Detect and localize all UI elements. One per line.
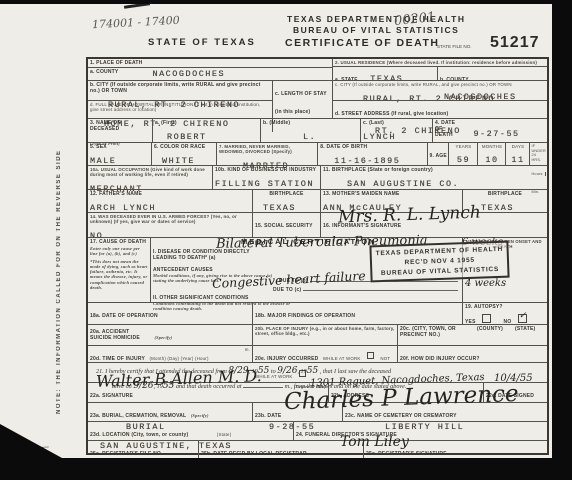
mother-birthplace-label: BIRTHPLACE: [465, 191, 545, 197]
autopsy-yes-checkbox: [482, 314, 491, 323]
certificate-title: CERTIFICATE OF DEATH: [285, 37, 439, 49]
first-name-cell: a. (First) ROBERT: [152, 119, 260, 142]
autopsy-no-checkmark: ✓: [519, 311, 527, 321]
sex-value: MALE: [90, 156, 116, 166]
accident-specify-hint: (Specify): [154, 335, 172, 340]
birthplace-label: 11. BIRTHPLACE (State or foreign country…: [323, 167, 545, 173]
date-of-death-label: 4. DATE OF DEATH: [435, 120, 459, 138]
accident-cell: 20a. ACCIDENT SUICIDE HOMICIDE (Specify): [88, 325, 252, 345]
residence-city-label: c. CITY (If outside corporate limits, wr…: [335, 82, 545, 87]
injury-occurred-label: 20e. INJURY OCCURRED: [255, 356, 318, 362]
how-injury-label: 20f. HOW DID INJURY OCCUR?: [400, 356, 480, 362]
pencil-file-number: 174001 - 17400: [92, 14, 180, 32]
industry-cell: 10b. KIND OF BUSINESS OR INDUSTRY FILLIN…: [212, 166, 320, 189]
received-stamp: TEXAS DEPARTMENT OF HEALTH REC'D NOV 4 1…: [369, 241, 510, 283]
accident-label: 20a. ACCIDENT SUICIDE HOMICIDE: [90, 329, 150, 341]
usual-residence-section: 2. USUAL RESIDENCE (Where deceased lived…: [332, 59, 547, 118]
state-file-number: 51217: [490, 34, 540, 52]
county-value: NACOGDOCHES: [152, 69, 225, 79]
registrar-file-label: 25a. REGISTRAR'S FILE NO.: [90, 451, 163, 457]
middle-name-label: b. (Middle): [263, 120, 358, 126]
burial-cell: 23a. BURIAL, CREMATION, REMOVAL (Specify…: [88, 403, 252, 421]
row-place-residence: 1. PLACE OF DEATH a. COUNTY NACOGDOCHES …: [88, 59, 547, 118]
while-at-work-checkbox: [367, 352, 374, 359]
autopsy-label: 19. AUTOPSY?: [465, 304, 545, 310]
cause-sidebar: 17. CAUSE OF DEATH Enter only one cause …: [88, 238, 150, 302]
injury-location-cell: 20c. (CITY, TOWN, OR PRECINCT NO.) (COUN…: [397, 325, 547, 345]
burial-location-cell: 23d. LOCATION (City, town, or county) (S…: [88, 422, 293, 440]
middle-name-cell: b. (Middle) L.: [260, 119, 360, 142]
injury-city-label: 20c. (CITY, TOWN, OR PRECINCT NO.): [400, 326, 477, 344]
row-location-director: 23d. LOCATION (City, town, or county) (S…: [88, 421, 547, 440]
cause-other-interval: 4 weeks: [465, 278, 506, 289]
mother-birthplace-value: TEXAS: [481, 203, 514, 213]
burial-location-state-hint: (State): [217, 432, 232, 437]
registrar-signature-value: Tom Liley: [340, 434, 409, 450]
industry-label: 10b. KIND OF BUSINESS OR INDUSTRY: [215, 167, 318, 173]
birthplace-cell: 11. BIRTHPLACE (State or foreign country…: [320, 166, 547, 189]
time-of-injury-m: m.: [245, 347, 250, 352]
sex-label: 5. SEX: [90, 144, 149, 150]
age-years-label: YEARS: [450, 144, 476, 149]
date-of-death-cell: 4. DATE OF DEATH 9-27-55: [432, 119, 547, 142]
birthplace-value: SAN AUGUSTINE CO.: [347, 179, 459, 189]
age-label: 9. AGE: [429, 153, 446, 159]
birth-date-label: 8. DATE OF BIRTH: [320, 144, 425, 150]
age-months-value: 10: [485, 155, 498, 165]
place-of-injury-cell: 20b. PLACE OF INJURY (e.g., in or about …: [252, 325, 397, 345]
burial-label: 23a. BURIAL, CREMATION, REMOVAL: [90, 413, 186, 419]
residence-city-row: c. CITY (If outside corporate limits, wr…: [333, 80, 547, 100]
state-file-no-label: STATE FILE NO.: [437, 44, 472, 49]
father-birthplace-cell: BIRTHPLACE TEXAS: [252, 190, 320, 212]
place-of-death-label: 1. PLACE OF DEATH: [88, 59, 332, 67]
middle-name-value: L.: [303, 132, 316, 142]
reverse-side-note: NOTE: THE INFORMATION CALLED FOR ON THE …: [56, 64, 62, 414]
marital-label: 7. MARRIED, NEVER MARRIED, WIDOWED, DIVO…: [219, 144, 315, 155]
first-name-label: a. (First): [155, 120, 258, 126]
dept-of-health: TEXAS DEPARTMENT OF HEALTH: [287, 14, 465, 24]
occupation-cell: 10a. USUAL OCCUPATION (Give kind of work…: [88, 166, 212, 189]
county-label: a. COUNTY: [90, 69, 118, 79]
place-of-injury-label: 20b. PLACE OF INJURY (e.g., in or about …: [255, 326, 395, 337]
certify-to-date: 9/26: [277, 366, 297, 376]
operation-findings-label: 18b. MAJOR FINDINGS OF OPERATION: [255, 313, 355, 319]
other-conditions-label: II. OTHER SIGNIFICANT CONDITIONS: [153, 295, 460, 301]
name-of-deceased-cell: 3. NAME OF DECEASED (Type or Print): [88, 119, 152, 142]
while-at-work-label: WHILE AT WORK: [323, 356, 361, 361]
how-injury-cell: 20f. HOW DID INJURY OCCUR?: [397, 346, 547, 362]
birth-date-value: 11-16-1895: [334, 156, 400, 166]
operation-findings-cell: 18b. MAJOR FINDINGS OF OPERATION: [252, 303, 462, 324]
burial-specify-hint: (Specify): [191, 413, 209, 418]
father-birthplace-value: TEXAS: [263, 203, 296, 213]
father-cell: 12. FATHER'S NAME ARCH LYNCH: [88, 190, 252, 212]
scan-border-bottom: [0, 458, 572, 480]
race-cell: 6. COLOR OR RACE WHITE: [151, 143, 216, 165]
scan-border-right: [552, 0, 572, 480]
registrar-date-label: 25b. DATE REC'D BY LOCAL REGISTRAR: [201, 451, 307, 457]
mother-label: 13. MOTHER'S MAIDEN NAME: [323, 191, 460, 197]
cause-label: 17. CAUSE OF DEATH: [90, 239, 148, 245]
street-address-label: d. STREET ADDRESS (If rural, give locati…: [335, 111, 448, 117]
certify-19b: , 19: [297, 368, 306, 375]
row-occupation: 10a. USUAL OCCUPATION (Give kind of work…: [88, 165, 547, 189]
row-injury-1: 20a. ACCIDENT SUICIDE HOMICIDE (Specify)…: [88, 324, 547, 345]
age-cell: 9. AGE YEARS 59 MONTHS 10 DAYS 11 IF UND…: [427, 143, 547, 165]
cause-star-note: *This does not mean the mode of dying, s…: [90, 259, 148, 291]
burial-date-label: 23b. DATE: [255, 413, 281, 419]
age-years-value: 59: [457, 155, 470, 165]
last-name-cell: c. (Last) LYNCH: [360, 119, 432, 142]
usual-residence-label: 2. USUAL RESIDENCE (Where deceased lived…: [333, 59, 547, 66]
row-operation: 18a. DATE OF OPERATION 18b. MAJOR FINDIN…: [88, 302, 547, 324]
birth-date-cell: 8. DATE OF BIRTH 11-16-1895: [317, 143, 427, 165]
certificate-scan: 174001 - 17400 STATE OF TEXAS TEXAS DEPA…: [0, 4, 552, 458]
city-label: b. CITY (If outside corporate limits, wr…: [90, 82, 270, 94]
death-certificate-form: 1. PLACE OF DEATH a. COUNTY NACOGDOCHES …: [86, 57, 549, 455]
age-days-label: DAYS: [507, 144, 528, 149]
time-of-injury-label: 20d. TIME OF INJURY: [90, 356, 145, 362]
operation-date-label: 18a. DATE OF OPERATION: [90, 313, 158, 319]
ssn-cell: 15. SOCIAL SECURITY NO.: [252, 213, 320, 237]
race-label: 6. COLOR OR RACE: [154, 144, 214, 150]
injury-county-label: (COUNTY): [477, 326, 515, 344]
father-label: 12. FATHER'S NAME: [90, 191, 250, 197]
injury-state-label: (STATE): [515, 326, 545, 344]
last-name-label: c. (Last): [363, 120, 430, 126]
scan-border-top: [0, 0, 572, 4]
row-name-dod: 3. NAME OF DECEASED (Type or Print) a. (…: [88, 118, 547, 142]
sex-cell: 5. SEX MALE: [88, 143, 151, 165]
armed-forces-label: 14. WAS DECEASED EVER IN U.S. ARMED FORC…: [90, 214, 248, 225]
armed-forces-cell: 14. WAS DECEASED EVER IN U.S. ARMED FORC…: [88, 213, 252, 237]
time-of-injury-cell: 20d. TIME OF INJURY (Month) (Day) (Year)…: [88, 346, 252, 362]
occupation-label: 10a. USUAL OCCUPATION (Give kind of work…: [90, 167, 210, 178]
age-under24-label: IF UNDER 24 HRS.: [531, 144, 546, 162]
place-of-death-section: 1. PLACE OF DEATH a. COUNTY NACOGDOCHES …: [88, 59, 332, 118]
cemetery-label: 23c. NAME OF CEMETERY OR CREMATORY: [345, 413, 457, 419]
autopsy-cell: 19. AUTOPSY? YES NO ✓: [462, 303, 547, 324]
father-value: ARCH LYNCH: [90, 203, 156, 213]
length-of-stay-label: c. LENGTH OF STAY (in this place): [275, 91, 327, 115]
state-of-texas: STATE OF TEXAS: [148, 37, 256, 48]
county-row: a. COUNTY NACOGDOCHES: [88, 67, 332, 80]
date-of-death-value: 9-27-55: [473, 129, 519, 139]
row-sex-age: 5. SEX MALE 6. COLOR OR RACE WHITE 7. MA…: [88, 142, 547, 165]
age-days-value: 11: [511, 155, 524, 165]
name-label: 3. NAME OF DECEASED: [90, 120, 150, 132]
operation-date-cell: 18a. DATE OF OPERATION: [88, 303, 252, 324]
physician-signature-label: 22a. SIGNATURE: [90, 393, 133, 399]
industry-value: FILLING STATION: [215, 179, 314, 189]
row-injury-2: 20d. TIME OF INJURY (Month) (Day) (Year)…: [88, 345, 547, 362]
certify-year-b: 55: [307, 366, 318, 376]
age-months-label: MONTHS: [479, 144, 504, 149]
registrar-signature-label: 25c. REGISTRAR'S SIGNATURE: [366, 451, 447, 457]
institution-label: d. FULL NAME OF HOSPITAL OR INSTITUTION …: [90, 102, 270, 113]
father-birthplace-label: BIRTHPLACE: [255, 191, 318, 197]
injury-occurred-cell: 20e. INJURY OCCURRED WHILE AT WORK NOT W…: [252, 346, 397, 362]
time-of-injury-sublabels: (Month) (Day) (Year) (Hour): [149, 356, 208, 361]
certify-text-2: , that I last saw the deceased: [320, 368, 391, 375]
autopsy-no-checkbox: ✓: [518, 314, 527, 323]
last-name-value: LYNCH: [363, 132, 396, 142]
burial-location-label: 23d. LOCATION (City, town, or county): [90, 432, 188, 438]
cause-enter-note: Enter only one cause per line for (a), (…: [90, 246, 148, 257]
first-name-value: ROBERT: [167, 132, 207, 142]
funeral-director-cell: 24. FUNERAL DIRECTOR'S SIGNATURE: [293, 422, 547, 440]
race-value: WHITE: [162, 156, 195, 166]
bureau-vital-statistics: BUREAU OF VITAL STATISTICS: [293, 25, 459, 35]
marital-cell: 7. MARRIED, NEVER MARRIED, WIDOWED, DIVO…: [216, 143, 317, 165]
certify-to-word: to: [271, 368, 276, 375]
state-county-row: a. STATE TEXAS b. COUNTY NACOGDOCHES: [333, 66, 547, 80]
